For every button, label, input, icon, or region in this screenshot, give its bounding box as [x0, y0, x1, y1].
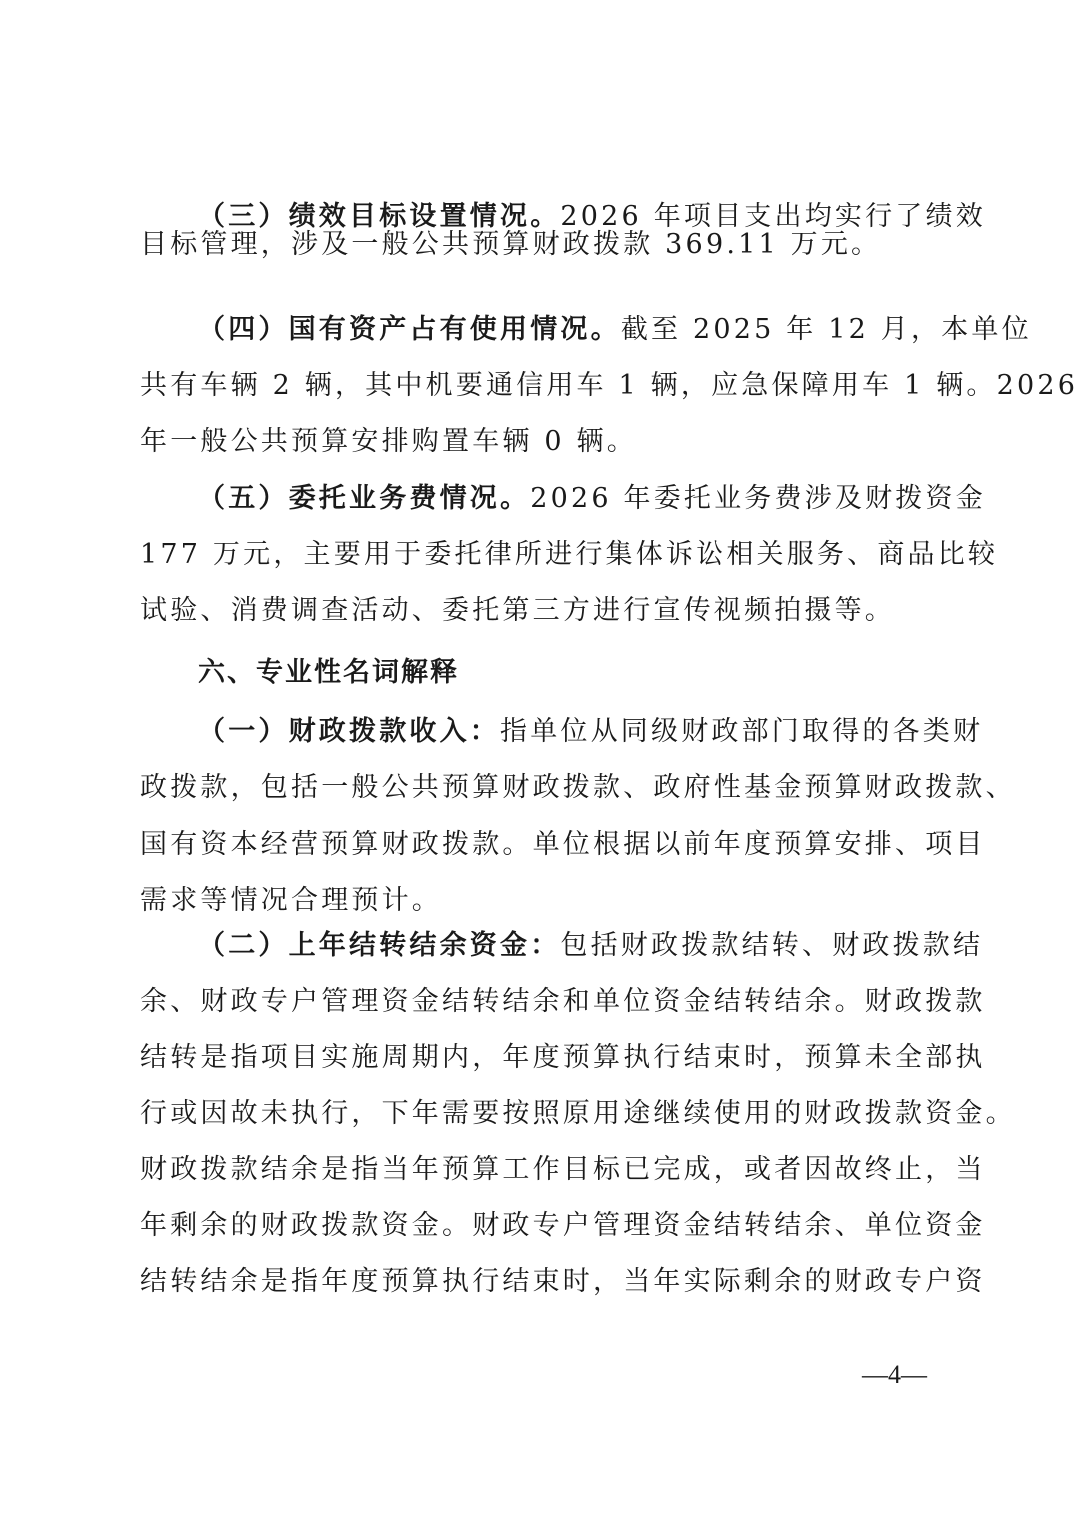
paragraph-state-assets-line-1: （四）国有资产占有使用情况。截至 2025 年 12 月，本单位: [198, 313, 998, 347]
paragraph-commission-fees-line-3: 试验、消费调查活动、委托第三方进行宣传视频拍摄等。: [140, 594, 940, 628]
paragraph-commission-fees-line-2: 177 万元，主要用于委托律所进行集体诉讼相关服务、商品比较: [140, 538, 940, 572]
paragraph-commission-fees-line-1: （五）委托业务费情况。2026 年委托业务费涉及财拨资金: [198, 482, 998, 516]
definition-carryover-line-5: 财政拨款结余是指当年预算工作目标已完成，或者因故终止，当: [140, 1153, 940, 1187]
paragraph-state-assets-line-2: 共有车辆 2 辆，其中机要通信用车 1 辆，应急保障用车 1 辆。2026: [140, 369, 940, 403]
paragraph-performance-goals-line-2: 目标管理，涉及一般公共预算财政拨款 369.11 万元。: [140, 228, 940, 262]
definition-term: （一）财政拨款收入：: [198, 716, 500, 747]
definition-fiscal-appropriation-line-3: 国有资本经营预算财政拨款。单位根据以前年度预算安排、项目: [140, 828, 940, 862]
definition-carryover-line-2: 余、财政专户管理资金结转结余和单位资金结转结余。财政拨款: [140, 985, 940, 1019]
paragraph-state-assets-line-3: 年一般公共预算安排购置车辆 0 辆。: [140, 425, 940, 459]
definition-carryover-line-6: 年剩余的财政拨款资金。财政专户管理资金结转结余、单位资金: [140, 1209, 940, 1243]
definition-fiscal-appropriation-line-1: （一）财政拨款收入：指单位从同级财政部门取得的各类财: [198, 715, 998, 749]
document-page: （三）绩效目标设置情况。2026 年项目支出均实行了绩效 目标管理，涉及一般公共…: [0, 0, 1074, 1520]
definition-fiscal-appropriation-line-2: 政拨款，包括一般公共预算财政拨款、政府性基金预算财政拨款、: [140, 771, 940, 805]
paragraph-lead: （四）国有资产占有使用情况。: [198, 314, 621, 345]
definition-fiscal-appropriation-line-4: 需求等情况合理预计。: [140, 884, 940, 918]
definition-carryover-line-7: 结转结余是指年度预算执行结束时，当年实际剩余的财政专户资: [140, 1265, 940, 1299]
page-number: —4—: [862, 1360, 927, 1390]
definition-term: （二）上年结转结余资金：: [198, 930, 560, 961]
section-heading: 六、专业性名词解释: [198, 656, 998, 690]
definition-carryover-line-1: （二）上年结转结余资金：包括财政拨款结转、财政拨款结: [198, 929, 998, 963]
paragraph-lead: （五）委托业务费情况。: [198, 483, 530, 514]
definition-carryover-line-3: 结转是指项目实施周期内，年度预算执行结束时，预算未全部执: [140, 1041, 940, 1075]
definition-carryover-line-4: 行或因故未执行，下年需要按照原用途继续使用的财政拨款资金。: [140, 1097, 940, 1131]
